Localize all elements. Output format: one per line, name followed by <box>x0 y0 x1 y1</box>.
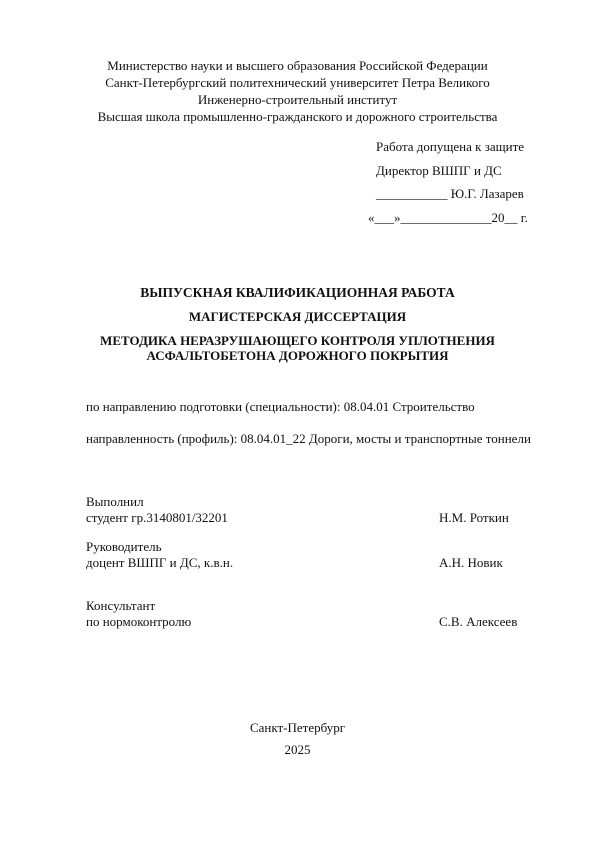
approval-date-line: «___»______________20__ г. <box>368 209 528 226</box>
approver-signature-line: ___________ Ю.Г. Лазарев <box>376 185 524 202</box>
author-role: Выполнил <box>86 493 144 510</box>
supervisor-position: доцент ВШПГ и ДС, к.в.н. <box>86 554 233 571</box>
consultant-name: С.В. Алексеев <box>439 613 517 630</box>
city: Санкт-Петербург <box>0 719 595 736</box>
supervisor-name: А.Н. Новик <box>439 554 503 571</box>
profile-line: направленность (профиль): 08.04.01_22 До… <box>86 430 531 447</box>
author-name: Н.М. Роткин <box>439 509 509 526</box>
specialty-line: по направлению подготовки (специальности… <box>86 398 475 415</box>
school-line: Высшая школа промышленно-гражданского и … <box>0 108 595 125</box>
consultant-role: Консультант <box>86 597 155 614</box>
approver-position: Директор ВШПГ и ДС <box>376 162 502 179</box>
year: 2025 <box>0 741 595 758</box>
topic-title-line-2: АСФАЛЬТОБЕТОНА ДОРОЖНОГО ПОКРЫТИЯ <box>0 347 595 364</box>
ministry-line: Министерство науки и высшего образования… <box>0 57 595 74</box>
institute-line: Инженерно-строительный институт <box>0 91 595 108</box>
work-type-title: ВЫПУСКНАЯ КВАЛИФИКАЦИОННАЯ РАБОТА <box>0 284 595 301</box>
degree-title: МАГИСТЕРСКАЯ ДИССЕРТАЦИЯ <box>0 308 595 325</box>
university-line: Санкт-Петербургский политехнический унив… <box>0 74 595 91</box>
consultant-position: по нормоконтролю <box>86 613 191 630</box>
supervisor-role: Руководитель <box>86 538 162 555</box>
author-position: студент гр.3140801/32201 <box>86 509 228 526</box>
approval-statement: Работа допущена к защите <box>376 138 524 155</box>
